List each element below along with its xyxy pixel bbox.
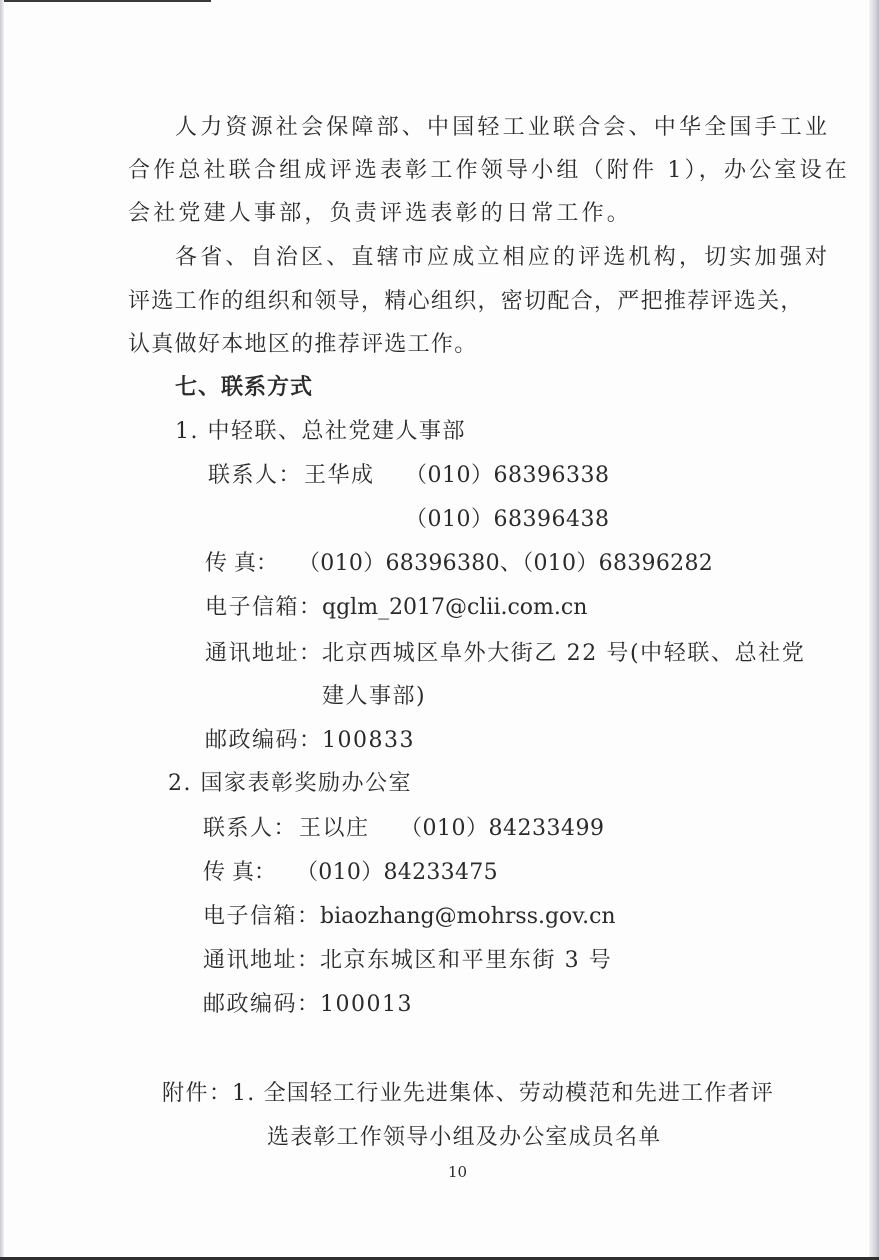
paragraph-line: 认真做好本地区的推荐评选工作。: [128, 330, 478, 360]
attachment-line: 1. 全国轻工行业先进集体、劳动模范和先进工作者评: [232, 1079, 774, 1109]
postcode: 100833: [322, 726, 415, 756]
address-line: 北京东城区和平里东街 3 号: [320, 946, 612, 976]
postcode: 100013: [320, 990, 413, 1020]
contact-title: 2. 国家表彰奖励办公室: [168, 769, 412, 799]
email-label: 电子信箱：: [203, 902, 321, 932]
attachment-label: 附件：: [162, 1079, 233, 1109]
postcode-label: 邮政编码：: [205, 726, 323, 756]
scan-right-edge: [869, 0, 879, 1260]
scan-top-line: [0, 0, 211, 2]
fax-number: （010）84233475: [296, 858, 498, 888]
fax-number: （010）68396380、（010）68396282: [298, 549, 713, 579]
email-address: biaozhang@mohrss.gov.cn: [320, 902, 616, 932]
address-line: 建人事部): [322, 682, 426, 712]
contact-phone: （010）68396438: [405, 505, 609, 535]
email-address: qglm_2017@clii.com.cn: [322, 593, 587, 623]
paragraph-line: 各省、自治区、直辖市应成立相应的评选机构，切实加强对: [175, 243, 830, 273]
attachment-line: 选表彰工作领导小组及办公室成员名单: [267, 1123, 661, 1153]
paragraph-line: 人力资源社会保障部、中国轻工业联合会、中华全国手工业: [175, 113, 830, 143]
address-label: 通讯地址：: [205, 639, 323, 669]
contact-person-name: 王华成: [304, 461, 375, 491]
contact-phone: （010）84233499: [400, 814, 604, 844]
paragraph-line: 评选工作的组织和领导，精心组织，密切配合，严把推荐评选关，: [128, 287, 804, 317]
address-label: 通讯地址：: [203, 946, 321, 976]
contact-person-label: 联系人：: [208, 461, 302, 491]
postcode-label: 邮政编码：: [203, 990, 321, 1020]
section-heading: 七、联系方式: [175, 373, 313, 403]
paragraph-line: 合作总社联合组成评选表彰工作领导小组（附件 1），办公室设在: [128, 156, 850, 186]
email-label: 电子信箱：: [205, 593, 323, 623]
fax-label: 传 真：: [203, 858, 276, 888]
contact-title: 1. 中轻联、总社党建人事部: [175, 417, 466, 447]
page-number: 10: [448, 1163, 467, 1181]
address-line: 北京西城区阜外大街乙 22 号(中轻联、总社党: [322, 639, 805, 669]
scan-left-edge: [0, 0, 4, 1260]
contact-phone: （010）68396338: [405, 461, 609, 491]
fax-label: 传 真：: [205, 549, 278, 579]
paragraph-line: 会社党建人事部，负责评选表彰的日常工作。: [128, 199, 632, 229]
contact-person-label: 联系人：: [203, 814, 297, 844]
contact-person-name: 王以庄: [299, 814, 370, 844]
